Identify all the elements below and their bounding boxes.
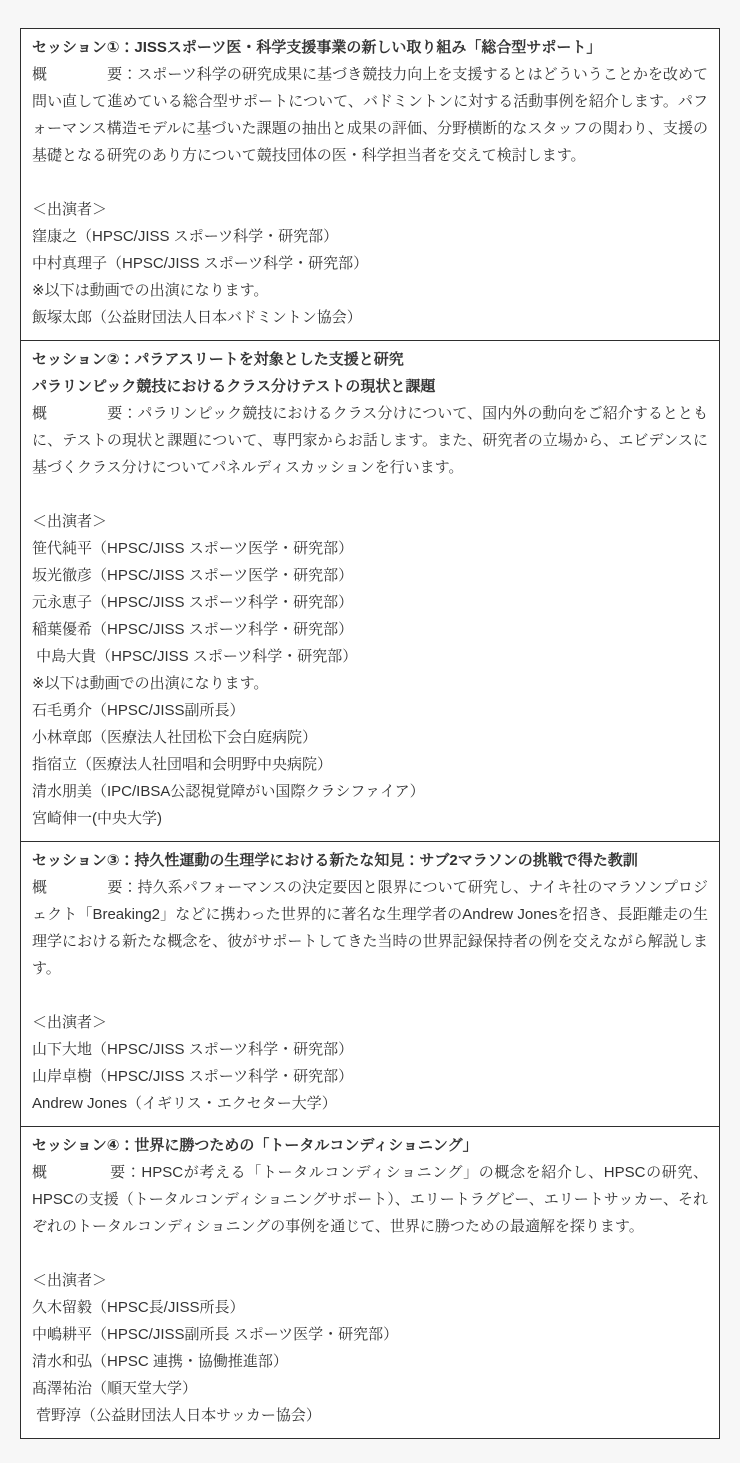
performer-item: 清水和弘（HPSC 連携・協働推進部）: [32, 1348, 708, 1375]
performer-item: ※以下は動画での出演になります。: [32, 277, 708, 304]
performer-item: 久木留毅（HPSC長/JISS所長）: [32, 1294, 708, 1321]
performer-item: 指宿立（医療法人社団唱和会明野中央病院）: [32, 751, 708, 778]
performers-list: 久木留毅（HPSC長/JISS所長）中嶋耕平（HPSC/JISS副所長 スポーツ…: [32, 1294, 708, 1429]
session-title-line: セッション③：持久性運動の生理学における新たな知見：サブ2マラソンの挑戦で得た教…: [32, 847, 708, 874]
performer-item: 髙澤祐治（順天堂大学）: [32, 1375, 708, 1402]
performers-heading: ＜出演者＞: [32, 1009, 708, 1036]
performer-item: 坂光徹彦（HPSC/JISS スポーツ医学・研究部）: [32, 562, 708, 589]
spacer: [32, 169, 708, 196]
session-title-block: セッション①：JISSスポーツ医・科学支援事業の新しい取り組み「総合型サポート」: [32, 34, 708, 61]
performer-item: 中村真理子（HPSC/JISS スポーツ科学・研究部）: [32, 250, 708, 277]
session-title-block: セッション③：持久性運動の生理学における新たな知見：サブ2マラソンの挑戦で得た教…: [32, 847, 708, 874]
performers-heading: ＜出演者＞: [32, 508, 708, 535]
session-description: 概 要：HPSCが考える「トータルコンディショニング」の概念を紹介し、HPSCの…: [32, 1159, 708, 1240]
session-title-line: パラリンピック競技におけるクラス分けテストの現状と課題: [32, 373, 708, 400]
session-box: セッション④：世界に勝つための「トータルコンディショニング」 概 要：HPSCが…: [20, 1127, 720, 1439]
session-title-block: セッション④：世界に勝つための「トータルコンディショニング」: [32, 1132, 708, 1159]
performers-heading: ＜出演者＞: [32, 1267, 708, 1294]
performer-item: ※以下は動画での出演になります。: [32, 670, 708, 697]
performer-item: 窪康之（HPSC/JISS スポーツ科学・研究部）: [32, 223, 708, 250]
page: セッション①：JISSスポーツ医・科学支援事業の新しい取り組み「総合型サポート」…: [0, 0, 740, 1463]
performers-list: 窪康之（HPSC/JISS スポーツ科学・研究部）中村真理子（HPSC/JISS…: [32, 223, 708, 331]
session-description: 概 要：パラリンピック競技におけるクラス分けについて、国内外の動向をご紹介すると…: [32, 400, 708, 481]
spacer: [32, 982, 708, 1009]
performer-item: 稲葉優希（HPSC/JISS スポーツ科学・研究部）: [32, 616, 708, 643]
performer-item: 飯塚太郎（公益財団法人日本バドミントン協会）: [32, 304, 708, 331]
session-description: 概 要：スポーツ科学の研究成果に基づき競技力向上を支援するとはどういうことかを改…: [32, 61, 708, 169]
spacer: [32, 481, 708, 508]
session-box: セッション③：持久性運動の生理学における新たな知見：サブ2マラソンの挑戦で得た教…: [20, 842, 720, 1127]
session-box: セッション①：JISSスポーツ医・科学支援事業の新しい取り組み「総合型サポート」…: [20, 28, 720, 341]
performers-list: 笹代純平（HPSC/JISS スポーツ医学・研究部）坂光徹彦（HPSC/JISS…: [32, 535, 708, 832]
performer-item: Andrew Jones（イギリス・エクセター大学）: [32, 1090, 708, 1117]
session-list: セッション①：JISSスポーツ医・科学支援事業の新しい取り組み「総合型サポート」…: [20, 28, 720, 1439]
performer-item: 元永恵子（HPSC/JISS スポーツ科学・研究部）: [32, 589, 708, 616]
performer-item: 山下大地（HPSC/JISS スポーツ科学・研究部）: [32, 1036, 708, 1063]
session-description: 概 要：持久系パフォーマンスの決定要因と限界について研究し、ナイキ社のマラソンプ…: [32, 874, 708, 982]
performer-item: 石毛勇介（HPSC/JISS副所長）: [32, 697, 708, 724]
performer-item: 笹代純平（HPSC/JISS スポーツ医学・研究部）: [32, 535, 708, 562]
performer-item: 菅野淳（公益財団法人日本サッカー協会）: [32, 1402, 708, 1429]
performers-heading: ＜出演者＞: [32, 196, 708, 223]
performer-item: 宮崎伸一(中央大学): [32, 805, 708, 832]
performer-item: 山岸卓樹（HPSC/JISS スポーツ科学・研究部）: [32, 1063, 708, 1090]
performer-item: 中島大貴（HPSC/JISS スポーツ科学・研究部）: [32, 643, 708, 670]
performer-item: 清水朋美（IPC/IBSA公認視覚障がい国際クラシファイア）: [32, 778, 708, 805]
spacer: [32, 1240, 708, 1267]
session-title-line: セッション②：パラアスリートを対象とした支援と研究: [32, 346, 708, 373]
performers-list: 山下大地（HPSC/JISS スポーツ科学・研究部）山岸卓樹（HPSC/JISS…: [32, 1036, 708, 1117]
session-title-line: セッション①：JISSスポーツ医・科学支援事業の新しい取り組み「総合型サポート」: [32, 34, 708, 61]
session-title-line: セッション④：世界に勝つための「トータルコンディショニング」: [32, 1132, 708, 1159]
session-title-block: セッション②：パラアスリートを対象とした支援と研究パラリンピック競技におけるクラ…: [32, 346, 708, 400]
performer-item: 小林章郎（医療法人社団松下会白庭病院）: [32, 724, 708, 751]
performer-item: 中嶋耕平（HPSC/JISS副所長 スポーツ医学・研究部）: [32, 1321, 708, 1348]
session-box: セッション②：パラアスリートを対象とした支援と研究パラリンピック競技におけるクラ…: [20, 341, 720, 842]
